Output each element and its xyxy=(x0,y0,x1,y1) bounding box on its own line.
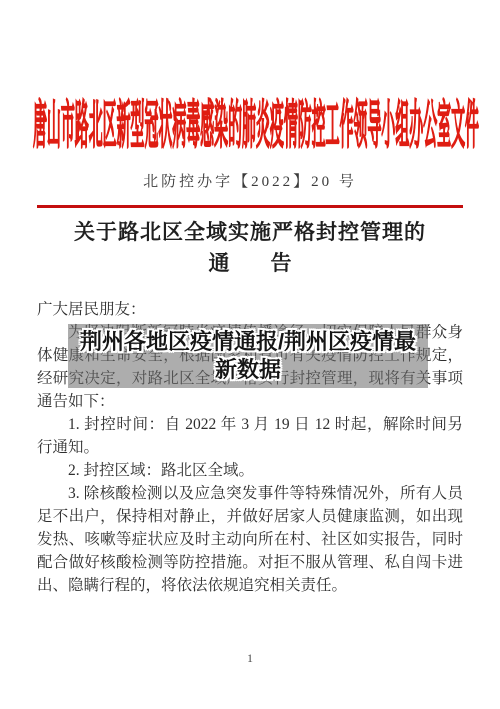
watermark-text-line1: 荆州各地区疫情通报/荆州区疫情最 xyxy=(80,328,416,356)
watermark-overlay: 荆州各地区疫情通报/荆州区疫情最 新数据 xyxy=(68,324,428,388)
scanned-notice-page: 唐山市路北区新型冠状病毒感染的肺炎疫情防控工作领导小组办公室文件 北防控办字【2… xyxy=(0,0,500,709)
notice-title-line1: 关于路北区全域实施严格封控管理的 xyxy=(0,216,500,246)
salutation: 广大居民朋友： xyxy=(37,298,463,321)
document-number: 北防控办字【2022】20 号 xyxy=(0,170,500,191)
page-number: 1 xyxy=(0,651,500,666)
letterhead-title: 唐山市路北区新型冠状病毒感染的肺炎疫情防控工作领导小组办公室文件 xyxy=(33,94,149,160)
red-divider-line xyxy=(37,205,463,208)
body-paragraph: 3. 除核酸检测以及应急突发事件等特殊情况外，所有人员足不出户，保持相对静止，并… xyxy=(37,482,463,597)
body-paragraph: 1. 封控时间：自 2022 年 3 月 19 日 12 时起，解除时间另行通知… xyxy=(37,413,463,459)
letterhead-banner: 唐山市路北区新型冠状病毒感染的肺炎疫情防控工作领导小组办公室文件 xyxy=(33,94,467,160)
notice-title-line2: 通 告 xyxy=(0,247,500,277)
watermark-text-line2: 新数据 xyxy=(215,356,281,384)
body-paragraph: 2. 封控区域：路北区全域。 xyxy=(37,459,463,482)
